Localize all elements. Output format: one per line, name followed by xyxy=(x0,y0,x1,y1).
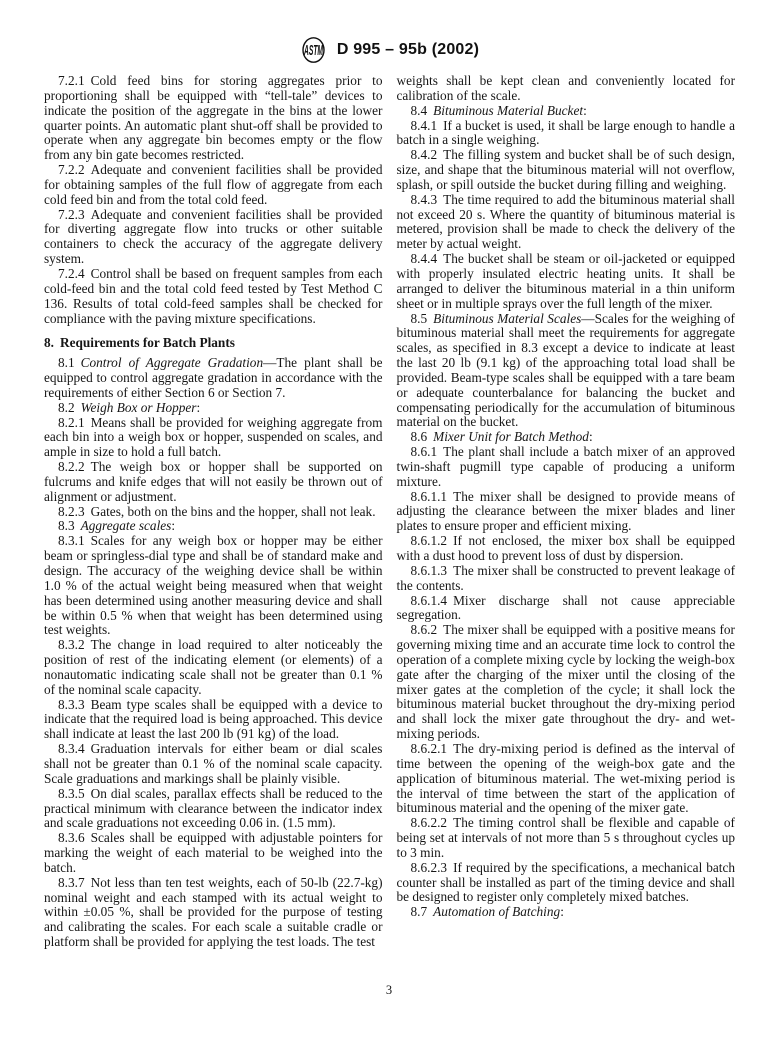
clause-number: 8. xyxy=(44,335,60,350)
paragraph: 8.3.3Beam type scales shall be equipped … xyxy=(44,698,383,743)
clause-number: 8.6.2.3 xyxy=(411,860,454,875)
clause-number: 8.6.2.1 xyxy=(411,741,454,756)
clause-number: 8.7 xyxy=(411,904,434,919)
clause-number: 8.3.7 xyxy=(58,875,91,890)
clause-number: 8.6.1.1 xyxy=(411,489,454,504)
paragraph: 8.3Aggregate scales: xyxy=(44,519,383,534)
paragraph: 8.2.1Means shall be provided for weighin… xyxy=(44,416,383,461)
clause-title: Aggregate scales xyxy=(81,518,172,533)
clause-number: 7.2.3 xyxy=(58,207,91,222)
clause-number: 7.2.1 xyxy=(58,73,91,88)
clause-number: 8.4.3 xyxy=(411,192,444,207)
paragraph: 8.6.1.1The mixer shall be designed to pr… xyxy=(397,490,736,535)
clause-number: 8.6 xyxy=(411,429,434,444)
clause-number: 8.5 xyxy=(411,311,434,326)
clause-number: 8.2.3 xyxy=(58,504,91,519)
paragraph: 8.3.2The change in load required to alte… xyxy=(44,638,383,697)
paragraph: 8.6.2.2The timing control shall be flexi… xyxy=(397,816,736,861)
paragraph: 8.4.3The time required to add the bitumi… xyxy=(397,193,736,252)
clause-number: 8.1 xyxy=(58,355,81,370)
paragraph: 8.6.2.1The dry-mixing period is defined … xyxy=(397,742,736,816)
document-page: ASTM D 995 – 95b (2002) 7.2.1Cold feed b… xyxy=(0,0,778,1041)
paragraph: 8.6.1.3The mixer shall be constructed to… xyxy=(397,564,736,594)
clause-number: 8.2.1 xyxy=(58,415,91,430)
clause-number: 8.6.2.2 xyxy=(411,815,454,830)
right-column: weights shall be kept clean and convenie… xyxy=(397,74,736,950)
clause-title: Bituminous Material Scales xyxy=(433,311,581,326)
doc-designation: D 995 – 95b (2002) xyxy=(337,41,479,59)
clause-number: 8.3 xyxy=(58,518,81,533)
clause-number: 8.4.1 xyxy=(411,118,444,133)
paragraph: 8.2.2The weigh box or hopper shall be su… xyxy=(44,460,383,505)
clause-number: 8.3.4 xyxy=(58,741,91,756)
paragraph: 7.2.2Adequate and convenient facilities … xyxy=(44,163,383,208)
page-header: ASTM D 995 – 95b (2002) xyxy=(0,33,778,67)
paragraph: 8.3.7Not less than ten test weights, eac… xyxy=(44,876,383,950)
clause-number: 8.3.2 xyxy=(58,637,91,652)
paragraph: 8.6.2.3If required by the specifications… xyxy=(397,861,736,906)
paragraph: 7.2.1Cold feed bins for storing aggregat… xyxy=(44,74,383,163)
paragraph: 8.3.1Scales for any weigh box or hopper … xyxy=(44,534,383,638)
clause-number: 8.6.1.3 xyxy=(411,563,454,578)
paragraph: 8.6.2The mixer shall be equipped with a … xyxy=(397,623,736,742)
clause-number: 8.6.1.4 xyxy=(411,593,454,608)
paragraph: 8.4Bituminous Material Bucket: xyxy=(397,104,736,119)
paragraph: 8.2Weigh Box or Hopper: xyxy=(44,401,383,416)
section-heading: 8.Requirements for Batch Plants xyxy=(44,336,383,351)
clause-title: Weigh Box or Hopper xyxy=(81,400,197,415)
paragraph: 7.2.3Adequate and convenient facilities … xyxy=(44,208,383,267)
clause-number: 8.4.2 xyxy=(411,147,444,162)
paragraph: 7.2.4Control shall be based on frequent … xyxy=(44,267,383,326)
paragraph: 8.7Automation of Batching: xyxy=(397,905,736,920)
clause-number: 8.4 xyxy=(411,103,434,118)
paragraph: 8.6.1The plant shall include a batch mix… xyxy=(397,445,736,490)
clause-number: 8.3.3 xyxy=(58,697,91,712)
paragraph: 8.4.1If a bucket is used, it shall be la… xyxy=(397,119,736,149)
clause-number: 8.2.2 xyxy=(58,459,91,474)
paragraph: 8.4.4The bucket shall be steam or oil-ja… xyxy=(397,252,736,311)
paragraph: 8.3.5On dial scales, parallax effects sh… xyxy=(44,787,383,832)
astm-logo-icon: ASTM xyxy=(299,36,329,64)
clause-title: Mixer Unit for Batch Method xyxy=(433,429,589,444)
clause-number: 8.3.1 xyxy=(58,533,91,548)
clause-number: 8.6.2 xyxy=(411,622,444,637)
page-number: 3 xyxy=(0,983,778,998)
left-column: 7.2.1Cold feed bins for storing aggregat… xyxy=(44,74,383,950)
paragraph: 8.1Control of Aggregate Gradation—The pl… xyxy=(44,356,383,401)
clause-number: 8.3.5 xyxy=(58,786,91,801)
clause-number: 7.2.2 xyxy=(58,162,91,177)
clause-number: 8.3.6 xyxy=(58,830,91,845)
clause-number: 7.2.4 xyxy=(58,266,91,281)
clause-number: 8.6.1 xyxy=(411,444,444,459)
clause-title: Automation of Batching xyxy=(433,904,560,919)
two-column-text: 7.2.1Cold feed bins for storing aggregat… xyxy=(44,74,735,950)
paragraph: 8.6Mixer Unit for Batch Method: xyxy=(397,430,736,445)
clause-title: Control of Aggregate Gradation xyxy=(81,355,263,370)
paragraph: 8.2.3Gates, both on the bins and the hop… xyxy=(44,505,383,520)
paragraph: 8.3.4Graduation intervals for either bea… xyxy=(44,742,383,787)
paragraph: 8.4.2The filling system and bucket shall… xyxy=(397,148,736,193)
paragraph: weights shall be kept clean and convenie… xyxy=(397,74,736,104)
clause-number: 8.6.1.2 xyxy=(411,533,454,548)
paragraph: 8.6.1.2If not enclosed, the mixer box sh… xyxy=(397,534,736,564)
paragraph: 8.3.6Scales shall be equipped with adjus… xyxy=(44,831,383,876)
clause-number: 8.4.4 xyxy=(411,251,444,266)
paragraph: 8.5Bituminous Material Scales—Scales for… xyxy=(397,312,736,431)
paragraph: 8.6.1.4Mixer discharge shall not cause a… xyxy=(397,594,736,624)
clause-number: 8.2 xyxy=(58,400,81,415)
clause-title: Bituminous Material Bucket xyxy=(433,103,583,118)
svg-text:ASTM: ASTM xyxy=(303,43,323,59)
